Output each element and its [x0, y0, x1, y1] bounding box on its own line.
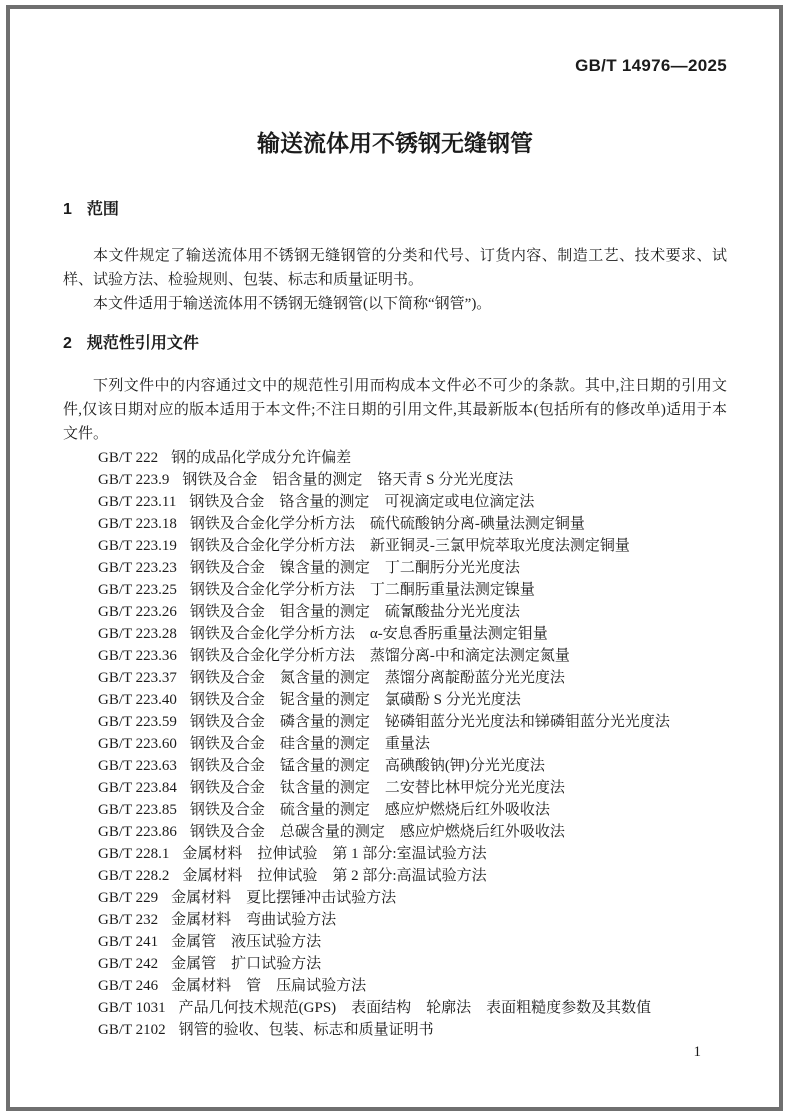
section-title: 范围	[87, 201, 119, 218]
reference-code: GB/T 232	[98, 909, 158, 931]
reference-title: 金属材料 管 压扁试验方法	[171, 978, 366, 994]
reference-item: GB/T 246金属材料 管 压扁试验方法	[63, 975, 727, 997]
reference-code: GB/T 223.63	[98, 755, 177, 777]
reference-item: GB/T 223.26钢铁及合金 钼含量的测定 硫氰酸盐分光光度法	[63, 601, 727, 623]
reference-code: GB/T 241	[98, 931, 158, 953]
reference-title: 钢铁及合金 铝含量的测定 铬天青 S 分光光度法	[182, 472, 513, 488]
reference-item: GB/T 223.84钢铁及合金 钛含量的测定 二安替比林甲烷分光光度法	[63, 777, 727, 799]
reference-code: GB/T 1031	[98, 997, 166, 1019]
scope-paragraph-2: 本文件适用于输送流体用不锈钢无缝钢管(以下简称“钢管”)。	[63, 292, 727, 316]
reference-title: 金属管 扩口试验方法	[171, 956, 321, 972]
reference-title: 钢铁及合金 锰含量的测定 高碘酸钠(钾)分光光度法	[190, 758, 545, 774]
reference-title: 产品几何技术规范(GPS) 表面结构 轮廓法 表面粗糙度参数及其数值	[179, 1000, 652, 1016]
reference-code: GB/T 223.85	[98, 799, 177, 821]
reference-item: GB/T 223.40钢铁及合金 铌含量的测定 氯磺酚 S 分光光度法	[63, 689, 727, 711]
reference-title: 钢铁及合金化学分析方法 硫代硫酸钠分离-碘量法测定铜量	[190, 516, 585, 532]
reference-item: GB/T 223.37钢铁及合金 氮含量的测定 蒸馏分离靛酚蓝分光光度法	[63, 667, 727, 689]
reference-code: GB/T 223.19	[98, 535, 177, 557]
reference-code: GB/T 223.18	[98, 513, 177, 535]
reference-title: 钢铁及合金 镍含量的测定 丁二酮肟分光光度法	[190, 560, 520, 576]
reference-code: GB/T 242	[98, 953, 158, 975]
reference-title: 钢铁及合金 硅含量的测定 重量法	[190, 736, 430, 752]
reference-code: GB/T 223.26	[98, 601, 177, 623]
reference-code: GB/T 229	[98, 887, 158, 909]
reference-item: GB/T 223.85钢铁及合金 硫含量的测定 感应炉燃烧后红外吸收法	[63, 799, 727, 821]
reference-item: GB/T 2102钢管的验收、包装、标志和质量证明书	[63, 1019, 727, 1041]
reference-code: GB/T 2102	[98, 1019, 166, 1041]
reference-code: GB/T 223.23	[98, 557, 177, 579]
reference-item: GB/T 223.59钢铁及合金 磷含量的测定 铋磷钼蓝分光光度法和锑磷钼蓝分光…	[63, 711, 727, 733]
reference-title: 金属管 液压试验方法	[171, 934, 321, 950]
reference-title: 钢铁及合金 铬含量的测定 可视滴定或电位滴定法	[189, 494, 534, 510]
reference-item: GB/T 228.1金属材料 拉伸试验 第 1 部分:室温试验方法	[63, 843, 727, 865]
reference-code: GB/T 222	[98, 447, 158, 469]
reference-title: 钢铁及合金 钛含量的测定 二安替比林甲烷分光光度法	[190, 780, 565, 796]
document-page: GB/T 14976—2025 输送流体用不锈钢无缝钢管 1范围 本文件规定了输…	[0, 0, 790, 1117]
reference-item: GB/T 223.60钢铁及合金 硅含量的测定 重量法	[63, 733, 727, 755]
reference-code: GB/T 223.84	[98, 777, 177, 799]
reference-item: GB/T 242金属管 扩口试验方法	[63, 953, 727, 975]
page-number: 1	[63, 1041, 727, 1063]
section-heading-scope: 1范围	[63, 202, 727, 218]
reference-code: GB/T 223.36	[98, 645, 177, 667]
reference-code: GB/T 223.60	[98, 733, 177, 755]
reference-item: GB/T 223.23钢铁及合金 镍含量的测定 丁二酮肟分光光度法	[63, 557, 727, 579]
section-number: 2	[63, 336, 72, 352]
reference-item: GB/T 229金属材料 夏比摆锤冲击试验方法	[63, 887, 727, 909]
reference-code: GB/T 223.86	[98, 821, 177, 843]
reference-title: 钢的成品化学成分允许偏差	[171, 450, 351, 466]
reference-title: 钢铁及合金 氮含量的测定 蒸馏分离靛酚蓝分光光度法	[190, 670, 565, 686]
reference-code: GB/T 228.1	[98, 843, 169, 865]
reference-title: 钢铁及合金 磷含量的测定 铋磷钼蓝分光光度法和锑磷钼蓝分光光度法	[190, 714, 670, 730]
reference-item: GB/T 223.63钢铁及合金 锰含量的测定 高碘酸钠(钾)分光光度法	[63, 755, 727, 777]
scope-paragraph-1: 本文件规定了输送流体用不锈钢无缝钢管的分类和代号、订货内容、制造工艺、技术要求、…	[63, 244, 727, 292]
reference-title: 金属材料 拉伸试验 第 2 部分:高温试验方法	[182, 868, 486, 884]
reference-title: 钢铁及合金化学分析方法 蒸馏分离-中和滴定法测定氮量	[190, 648, 570, 664]
reference-title: 金属材料 拉伸试验 第 1 部分:室温试验方法	[182, 846, 486, 862]
section-title: 规范性引用文件	[87, 335, 199, 352]
page-content: GB/T 14976—2025 输送流体用不锈钢无缝钢管 1范围 本文件规定了输…	[0, 0, 790, 1117]
reference-code: GB/T 223.37	[98, 667, 177, 689]
standard-number: GB/T 14976—2025	[63, 56, 727, 76]
reference-title: 钢铁及合金 钼含量的测定 硫氰酸盐分光光度法	[190, 604, 520, 620]
reference-title: 钢铁及合金化学分析方法 α-安息香肟重量法测定钼量	[190, 626, 548, 642]
reference-title: 金属材料 夏比摆锤冲击试验方法	[171, 890, 396, 906]
reference-title: 钢铁及合金 硫含量的测定 感应炉燃烧后红外吸收法	[190, 802, 550, 818]
reference-item: GB/T 241金属管 液压试验方法	[63, 931, 727, 953]
reference-item: GB/T 223.36钢铁及合金化学分析方法 蒸馏分离-中和滴定法测定氮量	[63, 645, 727, 667]
reference-item: GB/T 232金属材料 弯曲试验方法	[63, 909, 727, 931]
reference-item: GB/T 223.25钢铁及合金化学分析方法 丁二酮肟重量法测定镍量	[63, 579, 727, 601]
reference-title: 钢铁及合金化学分析方法 丁二酮肟重量法测定镍量	[190, 582, 535, 598]
reference-item: GB/T 223.86钢铁及合金 总碳含量的测定 感应炉燃烧后红外吸收法	[63, 821, 727, 843]
reference-code: GB/T 223.28	[98, 623, 177, 645]
reference-item: GB/T 223.11钢铁及合金 铬含量的测定 可视滴定或电位滴定法	[63, 491, 727, 513]
reference-title: 钢管的验收、包装、标志和质量证明书	[179, 1022, 434, 1038]
reference-title: 钢铁及合金化学分析方法 新亚铜灵-三氯甲烷萃取光度法测定铜量	[190, 538, 630, 554]
reference-item: GB/T 228.2金属材料 拉伸试验 第 2 部分:高温试验方法	[63, 865, 727, 887]
reference-title: 金属材料 弯曲试验方法	[171, 912, 336, 928]
references-list: GB/T 222钢的成品化学成分允许偏差 GB/T 223.9钢铁及合金 铝含量…	[63, 447, 727, 1041]
reference-code: GB/T 223.40	[98, 689, 177, 711]
reference-item: GB/T 223.28钢铁及合金化学分析方法 α-安息香肟重量法测定钼量	[63, 623, 727, 645]
reference-code: GB/T 223.59	[98, 711, 177, 733]
reference-code: GB/T 223.9	[98, 469, 169, 491]
section-number: 1	[63, 202, 72, 218]
section-heading-normative-references: 2规范性引用文件	[63, 336, 727, 352]
reference-item: GB/T 1031产品几何技术规范(GPS) 表面结构 轮廓法 表面粗糙度参数及…	[63, 997, 727, 1019]
reference-item: GB/T 223.9钢铁及合金 铝含量的测定 铬天青 S 分光光度法	[63, 469, 727, 491]
reference-item: GB/T 222钢的成品化学成分允许偏差	[63, 447, 727, 469]
reference-code: GB/T 246	[98, 975, 158, 997]
reference-title: 钢铁及合金 总碳含量的测定 感应炉燃烧后红外吸收法	[190, 824, 565, 840]
reference-code: GB/T 228.2	[98, 865, 169, 887]
reference-title: 钢铁及合金 铌含量的测定 氯磺酚 S 分光光度法	[190, 692, 521, 708]
reference-item: GB/T 223.19钢铁及合金化学分析方法 新亚铜灵-三氯甲烷萃取光度法测定铜…	[63, 535, 727, 557]
references-intro-paragraph: 下列文件中的内容通过文中的规范性引用而构成本文件必不可少的条款。其中,注日期的引…	[63, 374, 727, 446]
reference-code: GB/T 223.25	[98, 579, 177, 601]
reference-code: GB/T 223.11	[98, 491, 176, 513]
reference-item: GB/T 223.18钢铁及合金化学分析方法 硫代硫酸钠分离-碘量法测定铜量	[63, 513, 727, 535]
document-title: 输送流体用不锈钢无缝钢管	[63, 128, 727, 158]
